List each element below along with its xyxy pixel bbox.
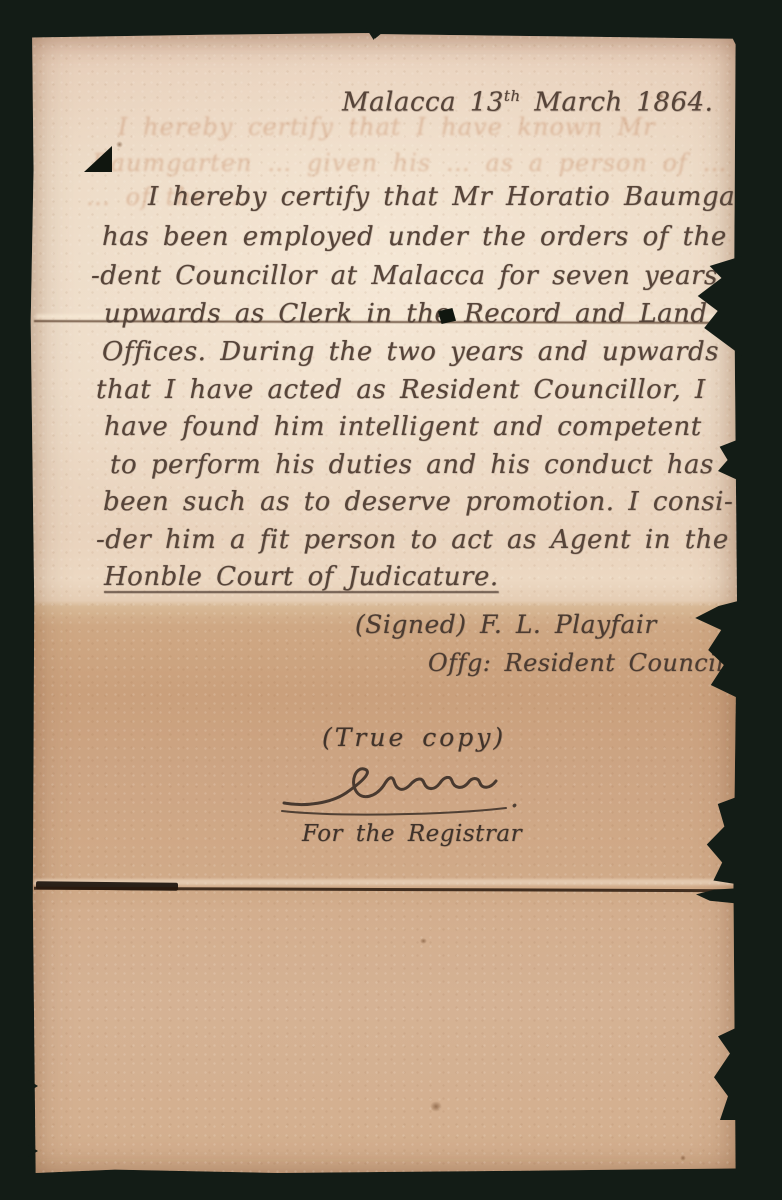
letter-paper bbox=[30, 33, 737, 1173]
fold-crack-lower bbox=[34, 887, 734, 892]
age-spot bbox=[116, 141, 123, 148]
fold-crack-upper bbox=[34, 320, 734, 324]
document-photograph: I hereby certify that I have known Mr Ba… bbox=[0, 0, 782, 1200]
fold-crack-lower-gap bbox=[36, 881, 178, 890]
fold-highlight-lower bbox=[34, 879, 734, 885]
age-spot bbox=[658, 93, 664, 99]
age-spot bbox=[680, 1155, 686, 1161]
age-spot bbox=[420, 938, 427, 944]
age-spot bbox=[430, 1101, 442, 1112]
paper-grain-texture bbox=[30, 33, 737, 1173]
fold-highlight-upper bbox=[36, 314, 730, 319]
